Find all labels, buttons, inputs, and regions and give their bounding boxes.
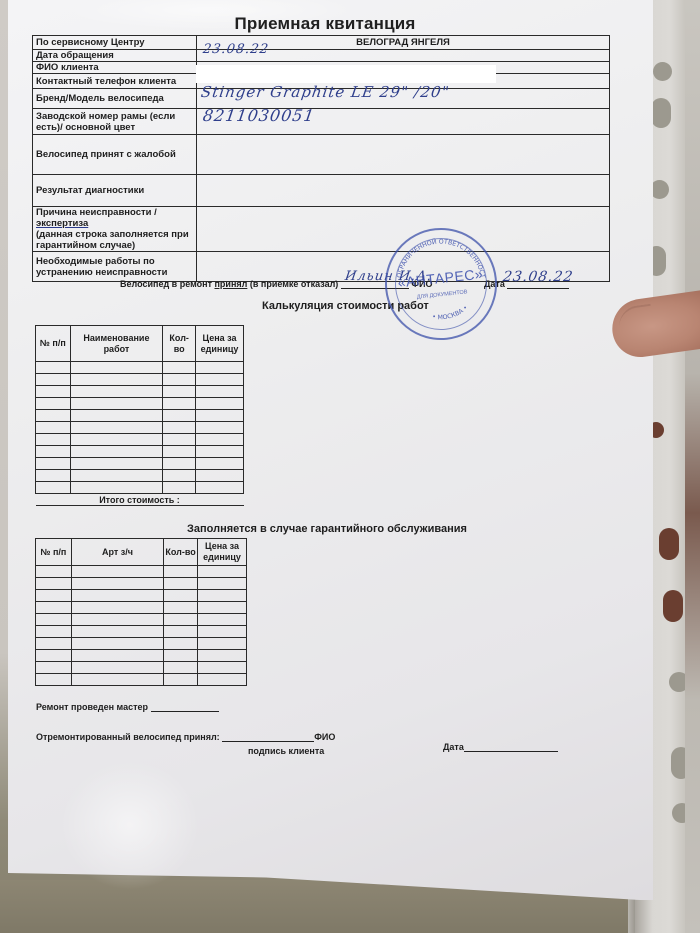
- footer-date-label: Дата: [443, 742, 464, 752]
- table-row: [36, 566, 247, 578]
- table-cell: [163, 422, 196, 434]
- table-cell: [196, 386, 244, 398]
- acceptance-text: Велосипед в ремонт: [120, 279, 214, 289]
- table-cell: [70, 362, 163, 374]
- table-cell: [71, 674, 163, 686]
- col-unit-price: Цена за единицу: [196, 326, 244, 362]
- table-cell: [198, 626, 247, 638]
- table-cell: [196, 422, 244, 434]
- value-frame-number: 8211030051: [197, 109, 610, 135]
- table-cell: [70, 422, 163, 434]
- table-cell: [71, 638, 163, 650]
- form-row-date: Дата обращения 23.08.22: [33, 50, 610, 62]
- table-row: [36, 398, 244, 410]
- table-cell: [196, 362, 244, 374]
- table-cell: [163, 482, 196, 494]
- form-row-service-center: По сервисному Центру ВЕЛОГРАД ЯНГЕЛЯ: [33, 36, 610, 50]
- table-row: [36, 602, 247, 614]
- table-cell: [70, 470, 163, 482]
- punch-hole: [653, 62, 672, 81]
- table-cell: [198, 566, 247, 578]
- table-row: [36, 362, 244, 374]
- table-cell: [163, 362, 196, 374]
- label-fault-cause: Причина неисправности / экспертиза (данн…: [33, 207, 197, 252]
- document-title: Приемная квитанция: [0, 14, 650, 34]
- table-row: [36, 650, 247, 662]
- table-cell: [198, 650, 247, 662]
- warranty-header: № п/п Арт з/ч Кол-во Цена за единицу: [36, 539, 247, 566]
- table-cell: [198, 662, 247, 674]
- master-line: Ремонт проведен мастер: [36, 702, 219, 712]
- label-frame-number: Заводской номер рамы (если есть)/ основн…: [33, 109, 197, 135]
- punch-hole: [651, 98, 671, 128]
- table-cell: [36, 410, 71, 422]
- table-cell: [163, 470, 196, 482]
- table-cell: [36, 374, 71, 386]
- table-cell: [36, 422, 71, 434]
- table-cell: [196, 482, 244, 494]
- table-cell: [70, 434, 163, 446]
- table-row: [36, 674, 247, 686]
- table-cell: [196, 410, 244, 422]
- table-cell: [164, 626, 198, 638]
- label-request-date: Дата обращения: [33, 50, 197, 62]
- table-cell: [70, 410, 163, 422]
- table-cell: [36, 602, 72, 614]
- received-line: Отремонтированный велосипед принял: ФИО: [36, 732, 335, 742]
- table-cell: [164, 662, 198, 674]
- table-cell: [198, 578, 247, 590]
- footer-date-field: [464, 740, 558, 752]
- table-row: [36, 386, 244, 398]
- table-cell: [36, 566, 72, 578]
- table-cell: [198, 602, 247, 614]
- table-cell: [163, 386, 196, 398]
- cost-calc-header: № п/п Наименование работ Кол-во Цена за …: [36, 326, 244, 362]
- redaction-bar: [196, 65, 496, 83]
- table-cell: [163, 410, 196, 422]
- col-work-name: Наименование работ: [70, 326, 163, 362]
- background-right: [685, 0, 700, 933]
- table-cell: [71, 662, 163, 674]
- handwritten-brand-model: Stinger Graphite LE 29" /20": [200, 87, 450, 98]
- table-cell: [163, 458, 196, 470]
- table-cell: [164, 602, 198, 614]
- handwritten-frame-number: 8211030051: [202, 110, 315, 121]
- table-cell: [36, 578, 72, 590]
- table-cell: [196, 458, 244, 470]
- table-row: [36, 410, 244, 422]
- label-fault-cause-expertise: экспертиза: [36, 218, 88, 229]
- table-cell: [198, 674, 247, 686]
- table-row: [36, 638, 247, 650]
- table-cell: [71, 626, 163, 638]
- col-number: № п/п: [36, 326, 71, 362]
- client-signature-field: [222, 732, 314, 742]
- form-row-fault-cause: Причина неисправности / экспертиза (данн…: [33, 207, 610, 252]
- table-cell: [70, 458, 163, 470]
- client-signature-caption: подпись клиента: [248, 746, 324, 756]
- value-request-date: 23.08.22: [197, 50, 610, 62]
- footer-date: Дата: [443, 740, 558, 752]
- label-client-phone: Контактный телефон клиента: [33, 74, 197, 89]
- table-cell: [71, 650, 163, 662]
- table-row: [36, 626, 247, 638]
- table-cell: [163, 446, 196, 458]
- table-cell: [36, 662, 72, 674]
- table-cell: [164, 566, 198, 578]
- table-cell: [36, 446, 71, 458]
- form-row-frame-number: Заводской номер рамы (если есть)/ основн…: [33, 109, 610, 135]
- col-part-article: Арт з/ч: [71, 539, 163, 566]
- label-complaint: Велосипед принят с жалобой: [33, 135, 197, 175]
- table-cell: [163, 374, 196, 386]
- table-row: [36, 422, 244, 434]
- table-cell: [71, 578, 163, 590]
- col-quantity: Кол-во: [164, 539, 198, 566]
- col-unit-price: Цена за единицу: [198, 539, 247, 566]
- acceptance-text-refused: (в приемке отказал): [247, 279, 338, 289]
- table-cell: [71, 590, 163, 602]
- table-cell: [196, 434, 244, 446]
- cost-total-label: Итого стоимость :: [36, 494, 244, 506]
- table-cell: [70, 446, 163, 458]
- table-cell: [36, 386, 71, 398]
- received-fio-label: ФИО: [314, 732, 335, 742]
- table-row: [36, 434, 244, 446]
- acceptance-accepted-word: принял: [214, 279, 247, 289]
- col-quantity: Кол-во: [163, 326, 196, 362]
- master-signature-field: [151, 702, 219, 712]
- table-cell: [71, 602, 163, 614]
- table-cell: [164, 674, 198, 686]
- table-cell: [36, 482, 71, 494]
- table-cell: [70, 398, 163, 410]
- table-cell: [70, 374, 163, 386]
- table-cell: [163, 398, 196, 410]
- table-cell: [36, 674, 72, 686]
- table-cell: [196, 446, 244, 458]
- punch-hole: [659, 528, 679, 560]
- table-row: [36, 470, 244, 482]
- label-client-name: ФИО клиента: [33, 62, 197, 74]
- table-cell: [36, 590, 72, 602]
- table-cell: [36, 458, 71, 470]
- warranty-title: Заполняется в случае гарантийного обслуж…: [187, 523, 467, 535]
- table-cell: [196, 470, 244, 482]
- table-row: [36, 446, 244, 458]
- table-row: [36, 374, 244, 386]
- table-cell: [164, 638, 198, 650]
- form-row-diagnostics: Результат диагностики: [33, 175, 610, 207]
- table-cell: [198, 590, 247, 602]
- table-row: [36, 482, 244, 494]
- table-cell: [36, 398, 71, 410]
- table-cell: [36, 650, 72, 662]
- table-cell: [196, 398, 244, 410]
- warranty-parts-table: № п/п Арт з/ч Кол-во Цена за единицу: [35, 538, 247, 686]
- table-cell: [164, 650, 198, 662]
- table-cell: [36, 434, 71, 446]
- table-cell: [198, 638, 247, 650]
- table-cell: [164, 578, 198, 590]
- table-cell: [71, 566, 163, 578]
- table-cell: [164, 590, 198, 602]
- table-row: [36, 458, 244, 470]
- cost-total-row: Итого стоимость :: [36, 494, 244, 506]
- table-cell: [71, 614, 163, 626]
- label-fault-cause-note: (данная строка заполняется при гарантийн…: [36, 229, 189, 251]
- label-brand-model: Бренд/Модель велосипеда: [33, 89, 197, 109]
- table-cell: [198, 614, 247, 626]
- table-cell: [70, 482, 163, 494]
- master-label: Ремонт проведен мастер: [36, 702, 148, 712]
- svg-text:• МОСКВА •: • МОСКВА •: [430, 304, 470, 323]
- label-service-center: По сервисному Центру: [33, 36, 197, 50]
- table-cell: [164, 614, 198, 626]
- table-cell: [70, 386, 163, 398]
- table-cell: [36, 638, 72, 650]
- table-row: [36, 662, 247, 674]
- form-row-complaint: Велосипед принят с жалобой: [33, 135, 610, 175]
- handwritten-acceptance-date: 23.08.22: [502, 269, 575, 285]
- table-row: [36, 590, 247, 602]
- table-cell: [196, 374, 244, 386]
- company-stamp: ОГРАНИЧЕННОЙ ОТВЕТСТВЕННОСТЬЮ • МОСКВА •…: [379, 222, 502, 345]
- table-cell: [163, 434, 196, 446]
- value-complaint: [197, 135, 610, 175]
- punch-hole: [663, 590, 683, 622]
- table-cell: [36, 470, 71, 482]
- label-fault-cause-main: Причина неисправности /: [36, 207, 157, 218]
- acceptance-date-line: 23.08.22: [507, 277, 569, 289]
- label-diagnostics: Результат диагностики: [33, 175, 197, 207]
- value-diagnostics: [197, 175, 610, 207]
- received-label: Отремонтированный велосипед принял:: [36, 732, 220, 742]
- table-row: [36, 614, 247, 626]
- table-cell: [36, 614, 72, 626]
- handwritten-date: 23.08.22: [202, 44, 269, 55]
- form-row-brand-model: Бренд/Модель велосипеда Stinger Graphite…: [33, 89, 610, 109]
- col-number: № п/п: [36, 539, 72, 566]
- cost-calc-table: № п/п Наименование работ Кол-во Цена за …: [35, 325, 244, 506]
- table-row: [36, 578, 247, 590]
- table-cell: [36, 626, 72, 638]
- table-cell: [36, 362, 71, 374]
